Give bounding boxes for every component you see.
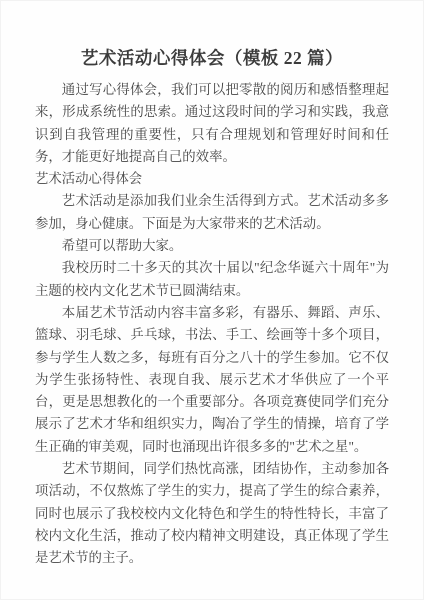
document-page: 艺术活动心得体会（模板 22 篇） 通过写心得体会，我们可以把零散的阅历和感悟整… [0, 0, 424, 600]
paragraph: 艺术节期间，同学们热忱高涨，团结协作，主动参加各项活动，不仅熬炼了学生的实力，提… [35, 458, 389, 569]
page-title: 艺术活动心得体会（模板 22 篇） [35, 45, 389, 71]
document-body: 通过写心得体会，我们可以把零散的阅历和感悟整理起来，形成系统性的思索。通过这段时… [35, 79, 389, 570]
paragraph: 艺术活动是添加我们业余生活得到方式。艺术活动多多参加，身心健康。下面是为大家带来… [35, 190, 389, 235]
paragraph: 本届艺术节活动内容丰富多彩，有器乐、舞蹈、声乐、篮球、羽毛球、乒乓球，书法、手工… [35, 302, 389, 458]
paragraph: 希望可以帮助大家。 [35, 235, 389, 257]
paragraph: 我校历时二十多天的其次十届以"纪念华诞六十周年"为主题的校内文化艺术节已圆满结束… [35, 257, 389, 302]
paragraph: 通过写心得体会，我们可以把零散的阅历和感悟整理起来，形成系统性的思索。通过这段时… [35, 79, 389, 168]
section-heading: 艺术活动心得体会 [35, 168, 389, 190]
